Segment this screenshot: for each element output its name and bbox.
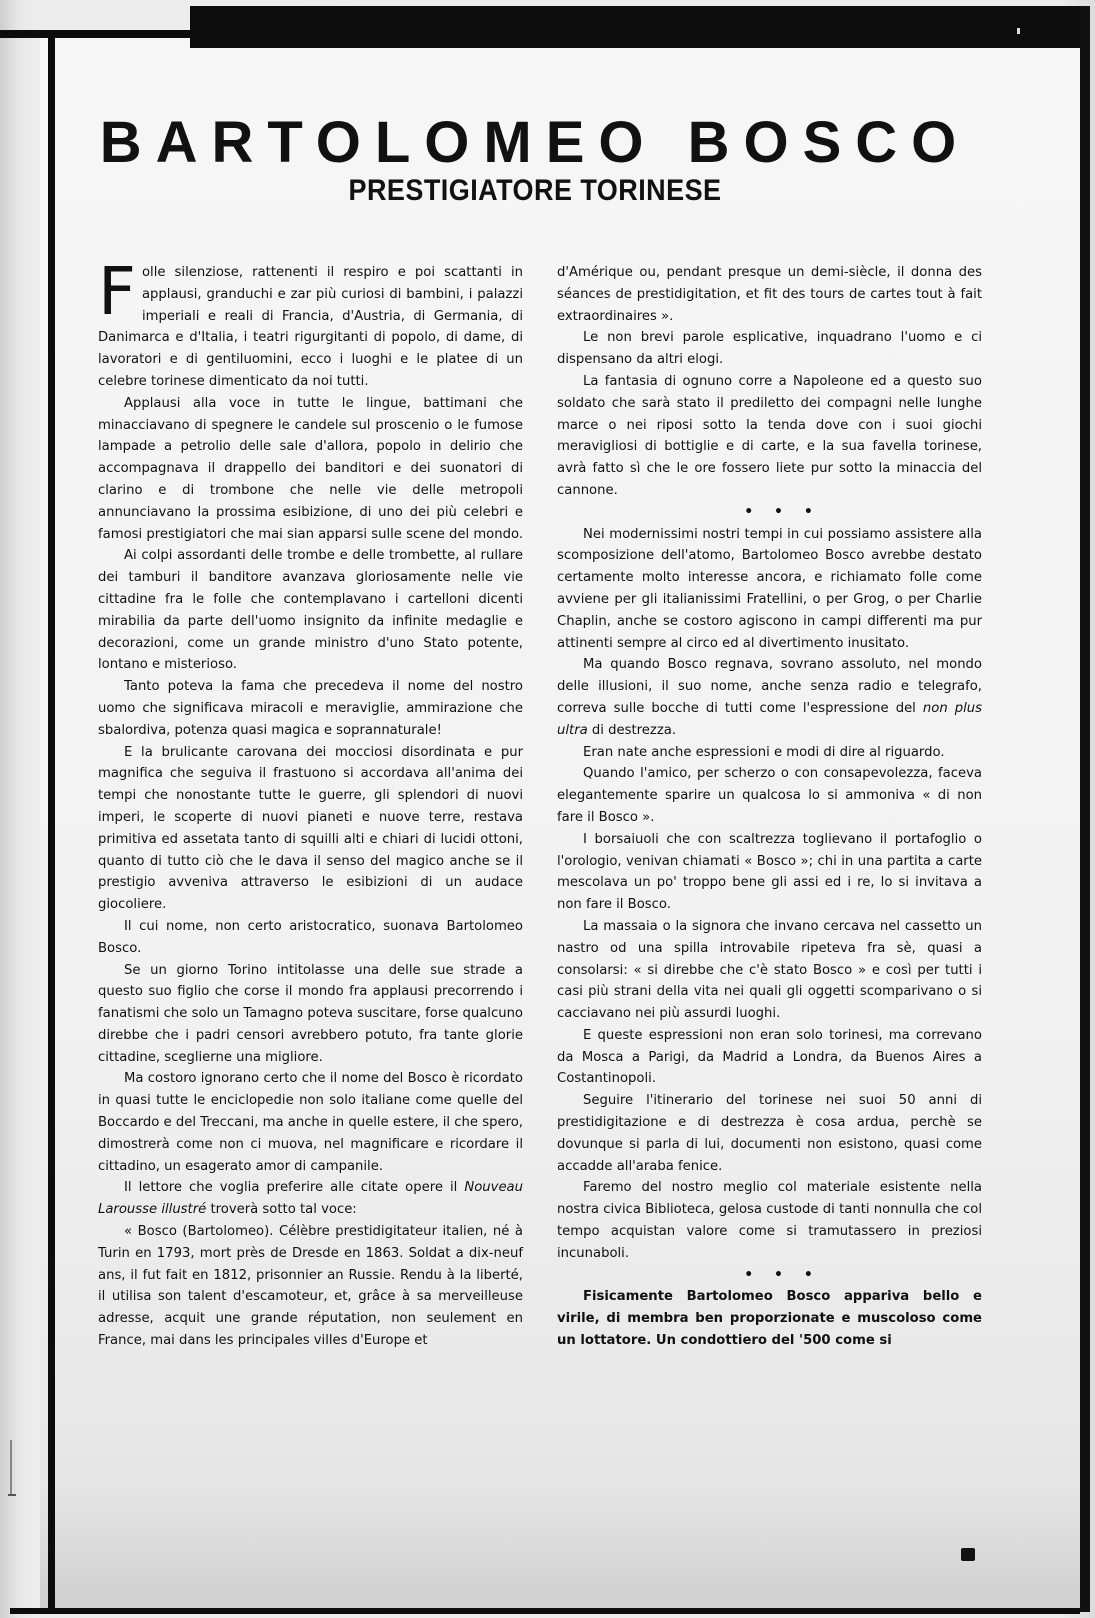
band-speck [1017,28,1020,34]
paragraph: Applausi alla voce in tutte le lingue, b… [98,393,523,546]
top-left-rule [0,30,200,38]
paragraph: Fisicamente Bartolomeo Bosco appariva be… [557,1286,982,1351]
paragraph: E la brulicante carovana dei mocciosi di… [98,742,523,916]
paragraph: Seguire l'itinerario del torinese nei su… [557,1090,982,1177]
margin-mark-tick [8,1494,16,1496]
paragraph: Nei modernissimi nostri tempi in cui pos… [557,524,982,655]
paragraph: Il cui nome, non certo aristocratico, su… [98,916,523,960]
bottom-border-rule [10,1608,1080,1614]
opening-paragraph: Folle silenziose, rattenenti il respiro … [98,262,523,393]
larousse-quote: « Bosco (Bartolomeo). Célèbre prestidigi… [98,1221,523,1352]
paragraph: Eran nate anche espressioni e modi di di… [557,742,982,764]
paragraph: Ma costoro ignorano certo che il nome de… [98,1068,523,1177]
top-black-band [190,6,1080,48]
paragraph: Faremo del nostro meglio col materiale e… [557,1177,982,1264]
right-border-rule [1080,6,1090,1612]
drop-cap: F [98,264,136,320]
article-title: BARTOLOMEO BOSCO [95,111,975,175]
left-column: Folle silenziose, rattenenti il respiro … [98,262,523,1352]
page-number-mark [961,1548,975,1561]
paragraph: Se un giorno Torino intitolasse una dell… [98,960,523,1069]
paragraph: Le non brevi parole esplicative, inquadr… [557,327,982,371]
larousse-intro: Il lettore che voglia preferire alle cit… [98,1177,523,1221]
paragraph: E queste espressioni non eran solo torin… [557,1025,982,1090]
right-column: d'Amérique ou, pendant presque un demi-s… [557,262,982,1352]
section-separator: • • • [557,1265,982,1287]
article-subtitle: PRESTIGIATORE TORINESE [139,173,931,209]
paragraph: La fantasia di ognuno corre a Napoleone … [557,371,982,502]
margin-mark [10,1440,12,1496]
left-border-rule [48,36,55,1612]
paragraph: Ai colpi assordanti delle trombe e delle… [98,545,523,676]
paragraph: Ma quando Bosco regnava, sovrano assolut… [557,654,982,741]
paragraph: Tanto poteva la fama che precedeva il no… [98,676,523,741]
section-separator: • • • [557,502,982,524]
paragraph: La massaia o la signora che invano cerca… [557,916,982,1025]
larousse-quote-continued: d'Amérique ou, pendant presque un demi-s… [557,262,982,327]
paragraph: I borsaiuoli che con scaltrezza toglieva… [557,829,982,916]
paragraph: Quando l'amico, per scherzo o con consap… [557,763,982,828]
